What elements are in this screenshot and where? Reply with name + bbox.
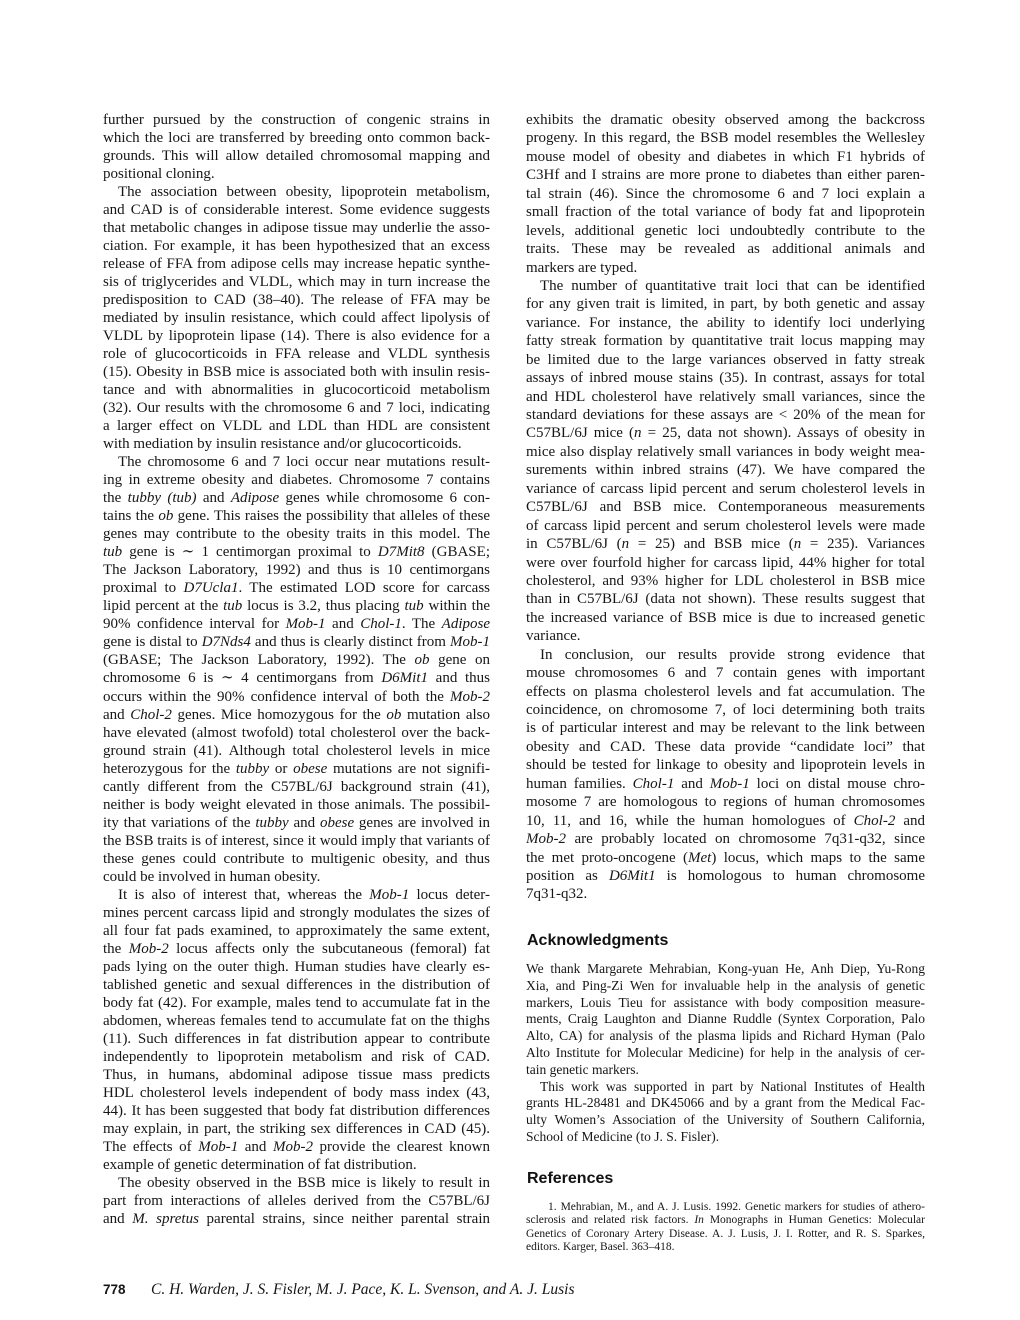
text-segment: (GBASE; The Jackson Laboratory, 1992). T… — [103, 652, 415, 668]
text-line: grounds. This will allow detailed chromo… — [103, 147, 490, 165]
text-line: could be involved in human obesity. — [103, 868, 490, 886]
text-segment: Monographs in Human Genetics: Molecular — [704, 1214, 925, 1226]
text-segment: ) locus, which maps to the same — [711, 850, 925, 866]
text-segment: genes may contribute to the obesity trai… — [103, 526, 490, 542]
paragraph: exhibits the dramatic obesity observed a… — [526, 111, 925, 277]
text-line: The association between obesity, lipopro… — [103, 183, 490, 201]
text-line: 1. Mehrabian, M., and A. J. Lusis. 1992.… — [526, 1201, 925, 1214]
text-segment: and — [674, 776, 709, 792]
text-line: traits. These may be revealed as additio… — [526, 240, 925, 258]
text-segment: of carcass lipid percent and serum chole… — [526, 518, 925, 534]
text-line: ity that variations of the tubby and obe… — [103, 814, 490, 832]
text-line: Genetics of Coronary Artery Disease. A. … — [526, 1228, 925, 1241]
running-footer-authors: C. H. Warden, J. S. Fisler, M. J. Pace, … — [151, 1281, 575, 1299]
text-segment: genes are involved in — [354, 815, 490, 831]
text-segment: The chromosome 6 and 7 loci occur near m… — [118, 454, 490, 470]
text-line: cantly different from the C57BL/6J backg… — [103, 778, 490, 796]
text-line: neither is body weight elevated in those… — [103, 796, 490, 814]
text-segment: tal strain (46). Since the chromosome 6 … — [526, 186, 925, 202]
text-line: have elevated (almost twofold) total cho… — [103, 724, 490, 742]
text-segment: release of FFA from adipose cells may in… — [103, 256, 490, 272]
text-segment: is of particular interest and may be rel… — [526, 720, 925, 736]
text-line: mouse model of obesity and diabetes in w… — [526, 148, 925, 166]
text-line: It is also of interest that, whereas the… — [103, 886, 490, 904]
text-line: This work was supported in part by Natio… — [526, 1079, 925, 1096]
paragraph: 1. Mehrabian, M., and A. J. Lusis. 1992.… — [526, 1201, 925, 1255]
text-line: Alto, CA) for analysis of the plasma lip… — [526, 1028, 925, 1045]
text-line: independently to lipoprotein metabolism … — [103, 1048, 490, 1066]
text-line: small fraction of the total variance of … — [526, 203, 925, 221]
text-segment: (11). Such differences in fat distributi… — [103, 1031, 490, 1047]
text-segment: 44). It has been suggested that body fat… — [103, 1103, 490, 1119]
text-line: position as D6Mit1 is homologous to huma… — [526, 867, 925, 885]
italic-text: D6Mit1 — [609, 868, 656, 884]
text-segment: are probably located on chromosome 7q31-… — [566, 831, 925, 847]
text-segment: ciation. For example, it has been hypoth… — [103, 238, 490, 254]
text-line: predisposition to CAD (38–40). The relea… — [103, 291, 490, 309]
text-line: C3Hf and I strains are more prone to dia… — [526, 166, 925, 184]
text-segment: part from interactions of alleles derive… — [103, 1193, 490, 1209]
text-segment: were over fourfold higher for carcass li… — [526, 555, 925, 571]
text-line: C57BL/6J and BSB mice. Contemporaneous m… — [526, 498, 925, 516]
italic-text: ob — [158, 508, 173, 524]
text-line: with mediation by insulin resistance and… — [103, 435, 490, 453]
text-line: for any given trait is limited, in part,… — [526, 295, 925, 313]
text-segment: variance. — [526, 628, 581, 644]
text-segment: Alto Institute for Molecular Medicine) f… — [526, 1045, 925, 1060]
text-line: School of Medicine (to J. S. Fisler). — [526, 1129, 925, 1146]
text-segment: fatty streak formation by quantitative t… — [526, 333, 925, 349]
text-segment: mouse chromosomes 6 and 7 contain genes … — [526, 665, 925, 681]
text-segment: assays of inbred mouse stains (35). In c… — [526, 370, 925, 386]
italic-text: Mob-2 — [273, 1139, 313, 1155]
acknowledgments-body: We thank Margarete Mehrabian, Kong-yuan … — [526, 961, 925, 1146]
text-segment: neither is body weight elevated in those… — [103, 797, 490, 813]
text-line: pads lying on the outer thigh. Human stu… — [103, 958, 490, 976]
text-segment: ulty Women’s Association of the Universi… — [526, 1112, 925, 1127]
text-segment: these genes could contribute to multigen… — [103, 851, 490, 867]
text-line: standard deviations for these assays are… — [526, 406, 925, 424]
text-line: tal strain (46). Since the chromosome 6 … — [526, 185, 925, 203]
text-segment: human families. — [526, 776, 633, 792]
text-line: the BSB traits is of interest, since it … — [103, 832, 490, 850]
text-line: release of FFA from adipose cells may in… — [103, 255, 490, 273]
text-line: C57BL/6J mice (n = 25, data not shown). … — [526, 424, 925, 442]
text-line: editors. Karger, Basel. 363–418. — [526, 1241, 925, 1254]
text-segment: = 235). Variances — [801, 536, 925, 552]
text-line: mines percent carcass lipid and strongly… — [103, 904, 490, 922]
paragraph: The number of quantitative trait loci th… — [526, 277, 925, 646]
italic-text: D6Mit1 — [381, 670, 428, 686]
text-segment: traits. These may be revealed as additio… — [526, 241, 925, 257]
text-line: coincidence, on chromosome 7, of loci de… — [526, 701, 925, 719]
text-line: chromosome 6 is ∼ 4 centimorgans from D6… — [103, 669, 490, 687]
text-line: grants HL-28481 and DK45066 and by a gra… — [526, 1095, 925, 1112]
text-segment: variance of carcass lipid percent and se… — [526, 481, 925, 497]
text-line: genes may contribute to the obesity trai… — [103, 525, 490, 543]
text-segment: Thus, in humans, abdominal adipose tissu… — [103, 1067, 490, 1083]
text-line: mediated by insulin resistance, which co… — [103, 309, 490, 327]
text-segment: further pursued by the construction of c… — [103, 112, 490, 128]
text-segment: the increased variance of BSB mice is du… — [526, 610, 925, 626]
text-segment: abdomen, whereas females tend to accumul… — [103, 1013, 490, 1029]
paragraph: In conclusion, our results provide stron… — [526, 646, 925, 904]
text-segment: levels, additional genetic loci undoubte… — [526, 223, 925, 239]
italic-text: Mob-1 — [450, 634, 490, 650]
references-list: 1. Mehrabian, M., and A. J. Lusis. 1992.… — [526, 1201, 925, 1255]
text-segment: 1. Mehrabian, M., and A. J. Lusis. 1992.… — [548, 1201, 925, 1213]
text-segment: Alto, CA) for analysis of the plasma lip… — [526, 1028, 925, 1043]
text-line: a larger effect on VLDL and LDL than HDL… — [103, 417, 490, 435]
text-segment: HDL cholesterol levels independent of bo… — [103, 1085, 490, 1101]
text-segment: effects on plasma cholesterol levels and… — [526, 684, 925, 700]
text-segment: have elevated (almost twofold) total cho… — [103, 725, 490, 741]
italic-text: Adipose — [442, 616, 490, 632]
text-segment: and thus is clearly distinct from — [251, 634, 450, 650]
text-line: Mob-2 are probably located on chromosome… — [526, 830, 925, 848]
text-line: ground strain (41). Although total chole… — [103, 742, 490, 760]
text-line: that metabolic changes in adipose tissue… — [103, 219, 490, 237]
italic-text: tub — [223, 598, 242, 614]
text-segment: editors. Karger, Basel. 363–418. — [526, 1241, 674, 1253]
text-segment: (GBASE; — [425, 544, 490, 560]
italic-text: tubby — [255, 815, 288, 831]
text-line: assays of inbred mouse stains (35). In c… — [526, 369, 925, 387]
text-segment: mediated by insulin resistance, which co… — [103, 310, 490, 326]
italic-text: Chol-1 — [360, 616, 402, 632]
journal-page: further pursued by the construction of c… — [0, 0, 1020, 1320]
text-segment: independently to lipoprotein metabolism … — [103, 1049, 490, 1065]
text-segment: could be involved in human obesity. — [103, 869, 320, 885]
text-segment: genes. Mice homozygous for the — [172, 707, 387, 723]
references-heading: References — [527, 1171, 613, 1187]
text-line: sis of triglycerides and VLDL, which may… — [103, 273, 490, 291]
text-segment: sis of triglycerides and VLDL, which may… — [103, 274, 490, 290]
text-segment: and — [103, 707, 130, 723]
italic-text: Chol-2 — [854, 813, 896, 829]
text-segment: sclerosis and related risk factors. — [526, 1214, 694, 1226]
text-segment: mines percent carcass lipid and strongly… — [103, 905, 490, 921]
italic-text: Mob-1 — [369, 887, 409, 903]
text-line: mosome 7 are homologous to regions of hu… — [526, 793, 925, 811]
text-segment: . The — [402, 616, 442, 632]
italic-text: Met — [688, 850, 711, 866]
italic-text: D7Ucla1 — [183, 580, 238, 596]
text-segment: In conclusion, our results provide stron… — [540, 647, 925, 663]
text-line: all four fat pads examined, to approxima… — [103, 922, 490, 940]
paragraph: It is also of interest that, whereas the… — [103, 886, 490, 1174]
text-line: of carcass lipid percent and serum chole… — [526, 517, 925, 535]
text-segment: that metabolic changes in adipose tissue… — [103, 220, 490, 236]
text-line: tains the ob gene. This raises the possi… — [103, 507, 490, 525]
text-line: 44). It has been suggested that body fat… — [103, 1102, 490, 1120]
text-segment: for any given trait is limited, in part,… — [526, 296, 925, 312]
italic-text: D7Nds4 — [202, 634, 251, 650]
text-segment: ground strain (41). Although total chole… — [103, 743, 490, 759]
text-line: variance. For instance, the ability to i… — [526, 314, 925, 332]
text-segment: and — [326, 616, 361, 632]
text-line: markers, Louis Tieu for assistance with … — [526, 995, 925, 1012]
paragraph: This work was supported in part by Natio… — [526, 1079, 925, 1146]
text-segment: lipid percent at the — [103, 598, 223, 614]
text-line: is of particular interest and may be rel… — [526, 719, 925, 737]
text-line: effects on plasma cholesterol levels and… — [526, 683, 925, 701]
text-segment: The number of quantitative trait loci th… — [540, 278, 925, 294]
text-line: further pursued by the construction of c… — [103, 111, 490, 129]
text-segment: pads lying on the outer thigh. Human stu… — [103, 959, 490, 975]
text-segment: mouse model of obesity and diabetes in w… — [526, 149, 925, 165]
text-line: part from interactions of alleles derive… — [103, 1192, 490, 1210]
text-segment: 90% confidence interval for — [103, 616, 286, 632]
text-line: the Mob-2 locus affects only the subcuta… — [103, 940, 490, 958]
text-line: than in C57BL/6J (data not shown). These… — [526, 590, 925, 608]
text-segment: = 25) and BSB mice ( — [629, 536, 794, 552]
text-line: (15). Obesity in BSB mice is associated … — [103, 363, 490, 381]
italic-text: Chol-2 — [130, 707, 172, 723]
text-segment: gene on — [430, 652, 490, 668]
text-segment: the met proto-oncogene ( — [526, 850, 688, 866]
italic-text: ob — [415, 652, 430, 668]
text-line: the tubby (tub) and Adipose genes while … — [103, 489, 490, 507]
text-line: The effects of Mob-1 and Mob-2 provide t… — [103, 1138, 490, 1156]
text-segment: position as — [526, 868, 609, 884]
text-segment: genes while chromosome 6 con- — [279, 490, 490, 506]
text-line: body fat (42). For example, males tend t… — [103, 994, 490, 1012]
text-segment: obesity and CAD. These data provide “can… — [526, 739, 925, 755]
text-segment: Genetics of Coronary Artery Disease. A. … — [526, 1228, 925, 1240]
italic-text: obese — [320, 815, 354, 831]
italic-text: n — [634, 425, 642, 441]
text-segment: grants HL-28481 and DK45066 and by a gra… — [526, 1095, 925, 1110]
text-segment: The effects of — [103, 1139, 198, 1155]
text-line: Xia, and Ping-Zi Wen for invaluable help… — [526, 978, 925, 995]
text-segment: parental strains, since neither parental… — [199, 1211, 490, 1227]
text-segment: within the — [424, 598, 490, 614]
text-line: VLDL by lipoprotein lipase (14). There i… — [103, 327, 490, 345]
text-line: ments, Craig Laughton and Dianne Ruddle … — [526, 1011, 925, 1028]
text-segment: example of genetic determination of fat … — [103, 1157, 417, 1173]
italic-text: Mob-1 — [198, 1139, 238, 1155]
text-line: mouse chromosomes 6 and 7 contain genes … — [526, 664, 925, 682]
text-segment: a larger effect on VLDL and LDL than HDL… — [103, 418, 490, 434]
text-segment: should be tested for linkage to obesity … — [526, 757, 925, 773]
text-line: cholesterol, and 93% higher for LDL chol… — [526, 572, 925, 590]
italic-text: obese — [293, 761, 327, 777]
text-segment: gene is distal to — [103, 634, 202, 650]
text-segment: predisposition to CAD (38–40). The relea… — [103, 292, 490, 308]
text-segment: all four fat pads examined, to approxima… — [103, 923, 490, 939]
text-segment: surements within inbred strains (47). We… — [526, 462, 925, 478]
text-line: 7q31-q32. — [526, 885, 925, 903]
text-line: role of glucocorticoids in FFA release a… — [103, 345, 490, 363]
text-segment: and — [895, 813, 925, 829]
text-line: variance of carcass lipid percent and se… — [526, 480, 925, 498]
italic-text: tub — [405, 598, 424, 614]
text-segment: variance. For instance, the ability to i… — [526, 315, 925, 331]
text-segment: markers, Louis Tieu for assistance with … — [526, 995, 925, 1010]
italic-text: ob — [386, 707, 401, 723]
text-line: tance and with abnormalities in glucocor… — [103, 381, 490, 399]
italic-text: M. spretus — [132, 1211, 199, 1227]
text-segment: than in C57BL/6J (data not shown). These… — [526, 591, 925, 607]
text-line: tain genetic markers. — [526, 1062, 925, 1079]
text-line: Thus, in humans, abdominal adipose tissu… — [103, 1066, 490, 1084]
text-line: HDL cholesterol levels independent of bo… — [103, 1084, 490, 1102]
text-line: abdomen, whereas females tend to accumul… — [103, 1012, 490, 1030]
text-line: (GBASE; The Jackson Laboratory, 1992). T… — [103, 651, 490, 669]
text-segment: mutations are not signifi- — [327, 761, 490, 777]
text-segment: tance and with abnormalities in glucocor… — [103, 382, 490, 398]
text-segment: the BSB traits is of interest, since it … — [103, 833, 490, 849]
text-segment: role of glucocorticoids in FFA release a… — [103, 346, 490, 362]
text-line: lipid percent at the tub locus is 3.2, t… — [103, 597, 490, 615]
text-segment: 7q31-q32. — [526, 886, 587, 902]
text-segment: locus deter- — [409, 887, 490, 903]
paragraph: We thank Margarete Mehrabian, Kong-yuan … — [526, 961, 925, 1079]
text-line: human families. Chol-1 and Mob-1 loci on… — [526, 775, 925, 793]
text-line: positional cloning. — [103, 165, 490, 183]
text-line: Alto Institute for Molecular Medicine) f… — [526, 1045, 925, 1062]
text-line: surements within inbred strains (47). We… — [526, 461, 925, 479]
text-line: fatty streak formation by quantitative t… — [526, 332, 925, 350]
left-text-column: further pursued by the construction of c… — [103, 111, 490, 1228]
text-line: should be tested for linkage to obesity … — [526, 756, 925, 774]
text-segment: School of Medicine (to J. S. Fisler). — [526, 1129, 719, 1144]
text-segment: = 25, data not shown). Assays of obesity… — [642, 425, 925, 441]
text-line: proximal to D7Ucla1. The estimated LOD s… — [103, 579, 490, 597]
text-segment: the — [103, 490, 128, 506]
text-line: markers are typed. — [526, 259, 925, 277]
text-line: The obesity observed in the BSB mice is … — [103, 1174, 490, 1192]
text-line: gene is distal to D7Nds4 and thus is cle… — [103, 633, 490, 651]
text-line: In conclusion, our results provide stron… — [526, 646, 925, 664]
text-line: 10, 11, and 16, while the human homologu… — [526, 812, 925, 830]
italic-text: Adipose — [231, 490, 279, 506]
paragraph: The chromosome 6 and 7 loci occur near m… — [103, 453, 490, 885]
text-segment: The obesity observed in the BSB mice is … — [118, 1175, 490, 1191]
text-segment: standard deviations for these assays are… — [526, 407, 925, 423]
text-segment: progeny. In this regard, the BSB model r… — [526, 130, 925, 146]
italic-text: Mob-2 — [526, 831, 566, 847]
text-line: tub gene is ∼ 1 centimorgan proximal to … — [103, 543, 490, 561]
text-segment: markers are typed. — [526, 260, 637, 276]
text-line: ciation. For example, it has been hypoth… — [103, 237, 490, 255]
text-segment: loci on distal mouse chro- — [750, 776, 925, 792]
text-line: be limited due to the large variances ob… — [526, 351, 925, 369]
text-segment: provide the clearest known — [313, 1139, 490, 1155]
italic-text: Mob-2 — [450, 689, 490, 705]
text-segment: C3Hf and I strains are more prone to dia… — [526, 167, 925, 183]
text-line: tablished genetic and sexual differences… — [103, 976, 490, 994]
text-segment: Xia, and Ping-Zi Wen for invaluable help… — [526, 978, 925, 993]
text-line: and Chol-2 genes. Mice homozygous for th… — [103, 706, 490, 724]
italic-text: Mob-2 — [129, 941, 169, 957]
text-segment: ity that variations of the — [103, 815, 255, 831]
text-segment: and — [289, 815, 320, 831]
text-segment: We thank Margarete Mehrabian, Kong-yuan … — [526, 961, 925, 976]
text-segment: which the loci are transferred by breedi… — [103, 130, 490, 146]
paragraph: The obesity observed in the BSB mice is … — [103, 1174, 490, 1228]
text-segment: 10, 11, and 16, while the human homologu… — [526, 813, 854, 829]
text-segment: be limited due to the large variances ob… — [526, 352, 925, 368]
italic-text: tubby (tub) — [128, 490, 197, 506]
text-segment: the — [103, 941, 129, 957]
text-segment: occurs within the 90% confidence interva… — [103, 689, 450, 705]
italic-text: Mob-1 — [710, 776, 750, 792]
text-segment: proximal to — [103, 580, 183, 596]
text-segment: . The estimated LOD score for carcass — [238, 580, 490, 596]
page-number: 778 — [103, 1282, 126, 1298]
italic-text: Mob-1 — [286, 616, 326, 632]
text-segment: gene. This raises the possibility that a… — [173, 508, 490, 524]
text-segment: gene is ∼ 1 centimorgan proximal to — [122, 544, 378, 560]
text-line: heterozygous for the tubby or obese muta… — [103, 760, 490, 778]
text-line: in C57BL/6J (n = 25) and BSB mice (n = 2… — [526, 535, 925, 553]
text-segment: coincidence, on chromosome 7, of loci de… — [526, 702, 925, 718]
text-segment: and — [197, 490, 231, 506]
text-segment: (15). Obesity in BSB mice is associated … — [103, 364, 490, 380]
text-segment: cantly different from the C57BL/6J backg… — [103, 779, 490, 795]
text-segment: The association between obesity, lipopro… — [118, 184, 490, 200]
text-segment: positional cloning. — [103, 166, 215, 182]
text-segment: and CAD is of considerable interest. Som… — [103, 202, 490, 218]
text-segment: locus affects only the subcutaneous (fem… — [169, 941, 490, 957]
text-segment: locus is 3.2, thus placing — [242, 598, 404, 614]
text-segment: small fraction of the total variance of … — [526, 204, 925, 220]
italic-text: tub — [103, 544, 122, 560]
text-line: which the loci are transferred by breedi… — [103, 129, 490, 147]
text-segment: This work was supported in part by Natio… — [540, 1079, 925, 1094]
text-line: sclerosis and related risk factors. In M… — [526, 1214, 925, 1227]
text-line: ulty Women’s Association of the Universi… — [526, 1112, 925, 1129]
text-line: obesity and CAD. These data provide “can… — [526, 738, 925, 756]
text-line: (11). Such differences in fat distributi… — [103, 1030, 490, 1048]
text-line: mice also display relatively small varia… — [526, 443, 925, 461]
text-line: 90% confidence interval for Mob-1 and Ch… — [103, 615, 490, 633]
italic-text: In — [694, 1214, 704, 1226]
text-segment: tains the — [103, 508, 158, 524]
text-segment: ments, Craig Laughton and Dianne Ruddle … — [526, 1011, 925, 1026]
text-segment: or — [269, 761, 293, 777]
text-segment: mosome 7 are homologous to regions of hu… — [526, 794, 925, 810]
text-segment: grounds. This will allow detailed chromo… — [103, 148, 490, 164]
text-line: exhibits the dramatic obesity observed a… — [526, 111, 925, 129]
text-segment: mutation also — [401, 707, 490, 723]
text-segment: tablished genetic and sexual differences… — [103, 977, 490, 993]
text-line: ing in extreme obesity and diabetes. Chr… — [103, 471, 490, 489]
right-text-column: exhibits the dramatic obesity observed a… — [526, 111, 925, 904]
text-segment: It is also of interest that, whereas the — [118, 887, 369, 903]
text-line: The Jackson Laboratory, 1992) and thus i… — [103, 561, 490, 579]
text-segment: C57BL/6J mice ( — [526, 425, 634, 441]
text-segment: in C57BL/6J ( — [526, 536, 622, 552]
text-segment: with mediation by insulin resistance and… — [103, 436, 462, 452]
text-segment: may explain, in part, the striking sex d… — [103, 1121, 490, 1137]
text-line: may explain, in part, the striking sex d… — [103, 1120, 490, 1138]
text-line: these genes could contribute to multigen… — [103, 850, 490, 868]
text-line: were over fourfold higher for carcass li… — [526, 554, 925, 572]
text-segment: tain genetic markers. — [526, 1062, 639, 1077]
text-line: and M. spretus parental strains, since n… — [103, 1210, 490, 1228]
italic-text: D7Mit8 — [378, 544, 425, 560]
text-segment: exhibits the dramatic obesity observed a… — [526, 112, 925, 128]
text-segment: (32). Our results with the chromosome 6 … — [103, 400, 490, 416]
acknowledgments-heading: Acknowledgments — [527, 933, 668, 949]
text-segment: The Jackson Laboratory, 1992) and thus i… — [103, 562, 490, 578]
text-segment: C57BL/6J and BSB mice. Contemporaneous m… — [526, 499, 925, 515]
text-segment: cholesterol, and 93% higher for LDL chol… — [526, 573, 925, 589]
text-line: and CAD is of considerable interest. Som… — [103, 201, 490, 219]
